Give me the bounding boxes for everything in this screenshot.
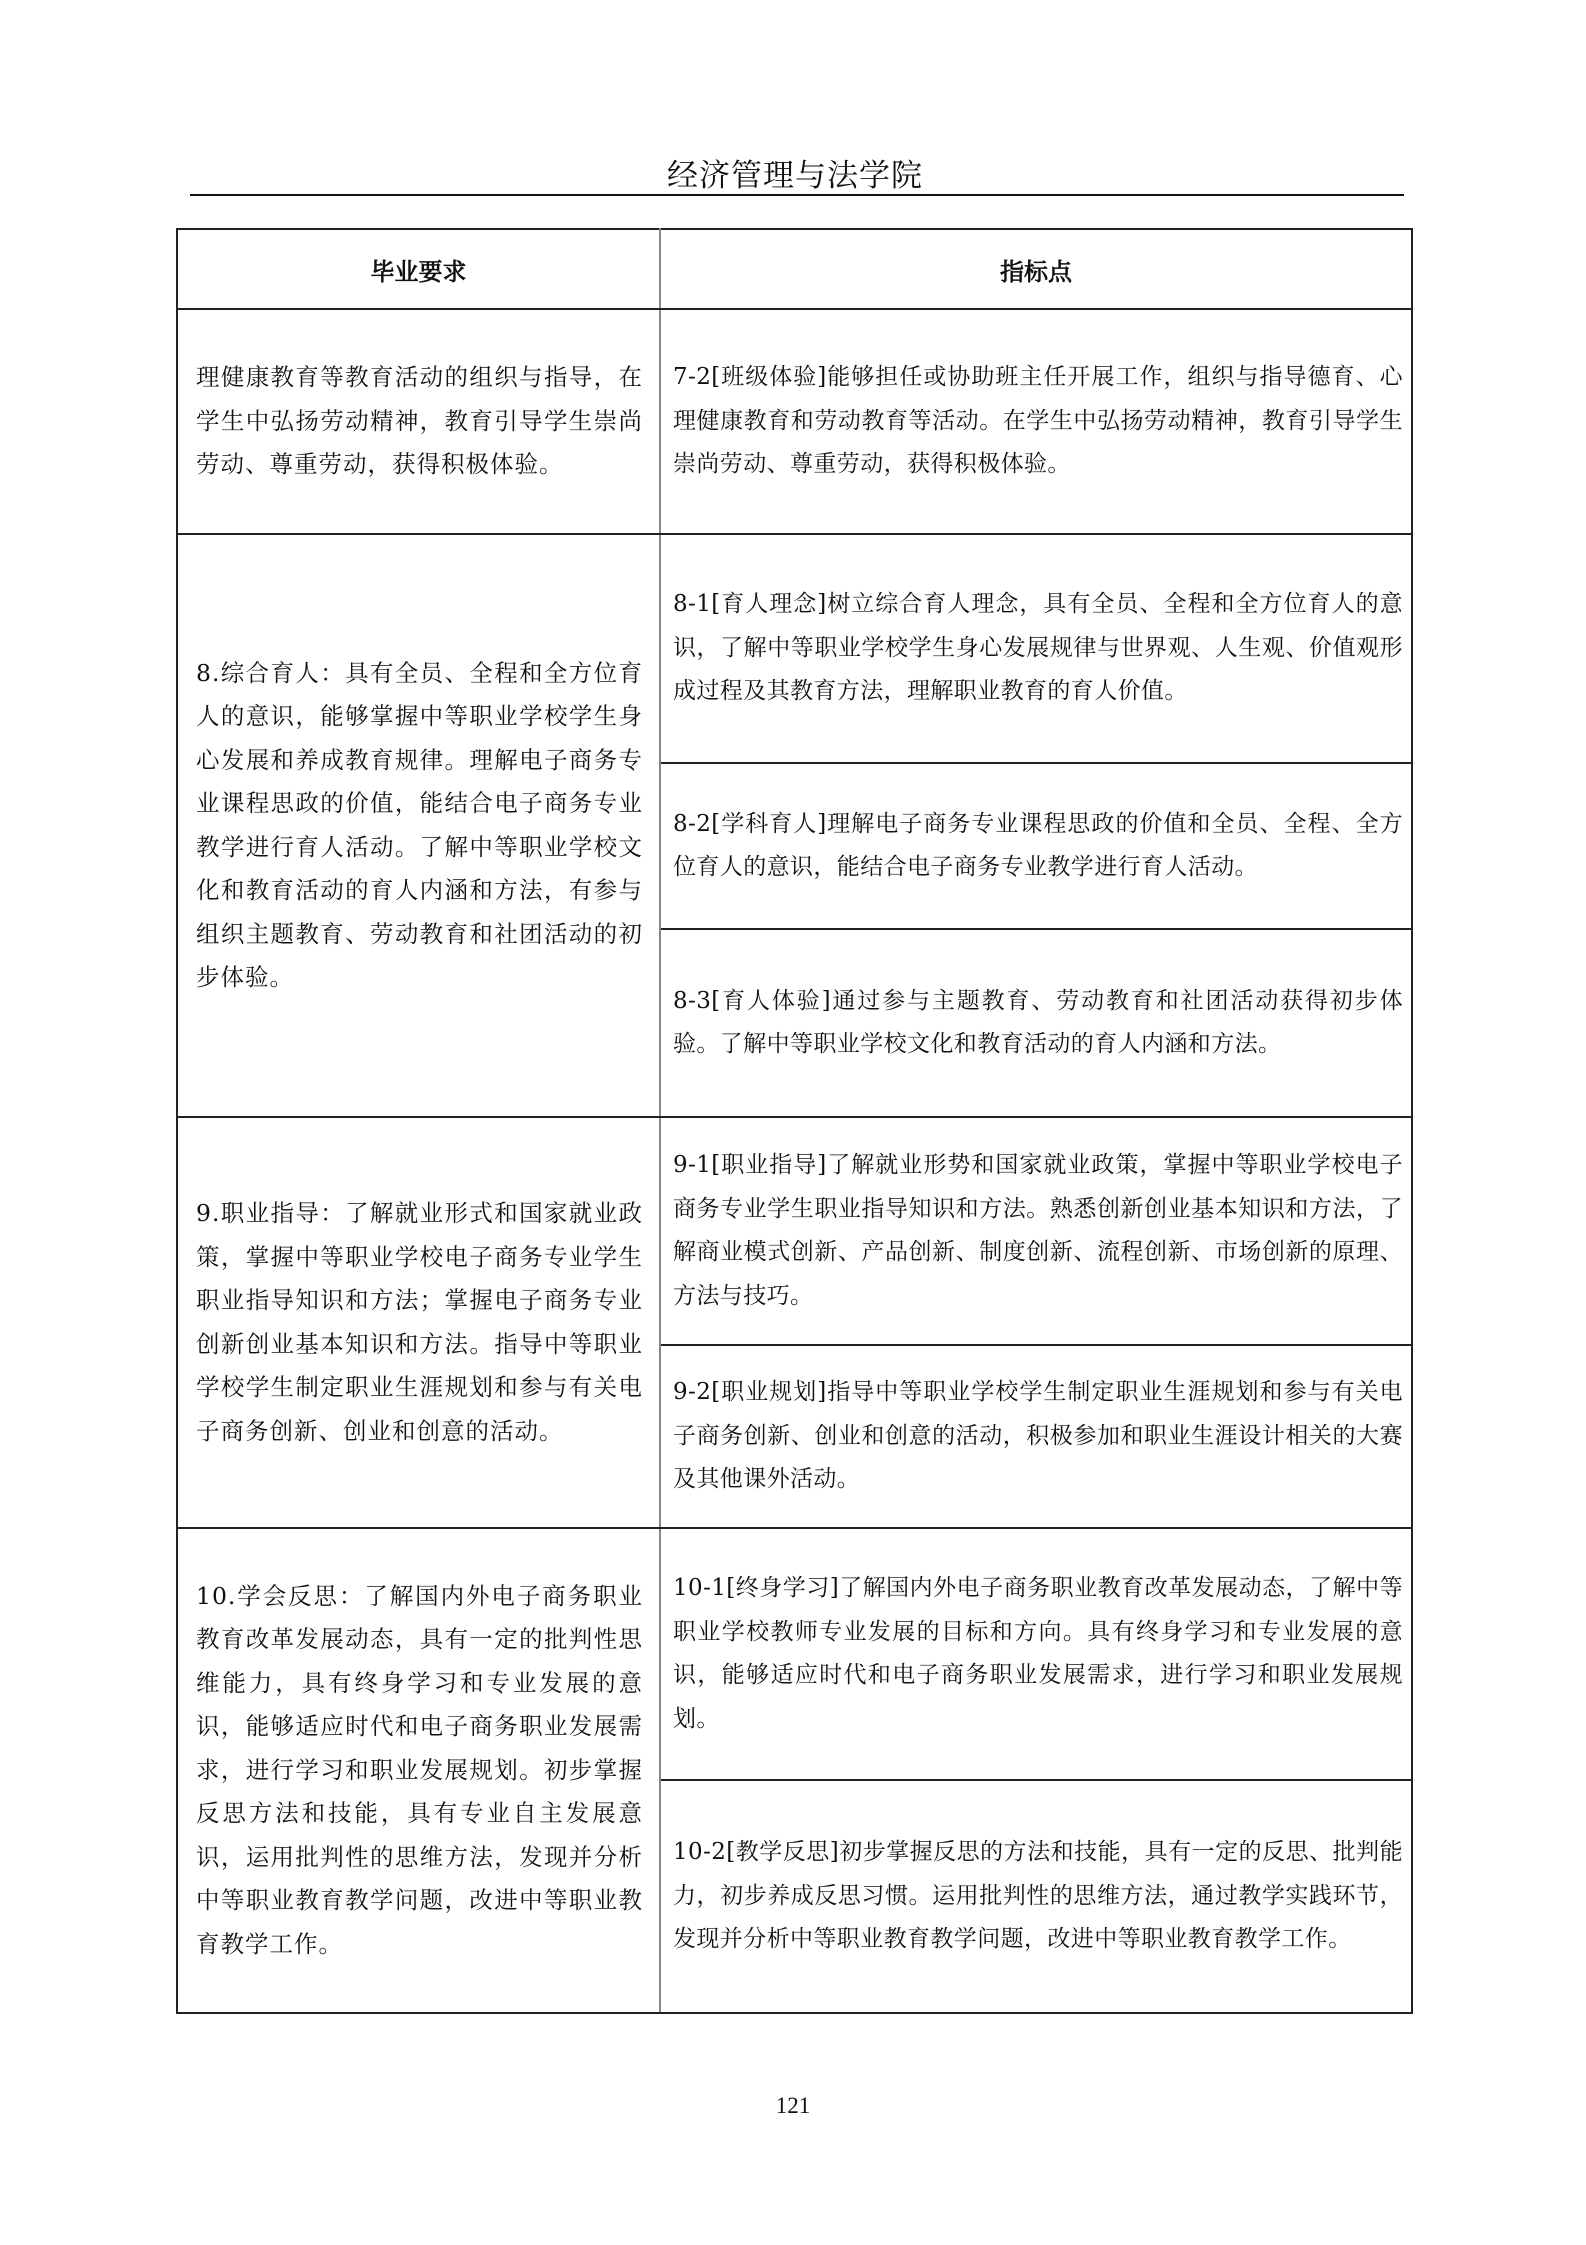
- indicator-cell-8-2: 8-2[学科育人]理解电子商务专业课程思政的价值和全员、全程、全方位育人的意识，…: [660, 763, 1412, 929]
- requirement-cell-9: 9.职业指导：了解就业形式和国家就业政策，掌握中等职业学校电子商务专业学生职业指…: [177, 1117, 660, 1528]
- table-row: 10.学会反思：了解国内外电子商务职业教育改革发展动态，具有一定的批判性思维能力…: [177, 1528, 1412, 1780]
- table-row: 9.职业指导：了解就业形式和国家就业政策，掌握中等职业学校电子商务专业学生职业指…: [177, 1117, 1412, 1345]
- indicator-cell-8-1: 8-1[育人理念]树立综合育人理念，具有全员、全程和全方位育人的意识，了解中等职…: [660, 534, 1412, 763]
- table-row: 8.综合育人：具有全员、全程和全方位育人的意识，能够掌握中等职业学校学生身心发展…: [177, 534, 1412, 763]
- page-header-title: 经济管理与法学院: [190, 150, 1400, 195]
- requirements-table: 毕业要求 指标点 理健康教育等教育活动的组织与指导，在学生中弘扬劳动精神，教育引…: [176, 228, 1413, 2014]
- indicator-cell-9-1: 9-1[职业指导]了解就业形势和国家就业政策，掌握中等职业学校电子商务专业学生职…: [660, 1117, 1412, 1345]
- requirement-cell-7: 理健康教育等教育活动的组织与指导，在学生中弘扬劳动精神，教育引导学生崇尚劳动、尊…: [177, 309, 660, 534]
- table-header-row: 毕业要求 指标点: [177, 229, 1412, 309]
- page-number: 121: [0, 2093, 1586, 2119]
- requirement-cell-10: 10.学会反思：了解国内外电子商务职业教育改革发展动态，具有一定的批判性思维能力…: [177, 1528, 660, 2013]
- indicator-cell-10-2: 10-2[教学反思]初步掌握反思的方法和技能，具有一定的反思、批判能力，初步养成…: [660, 1780, 1412, 2013]
- column-header-indicator: 指标点: [660, 229, 1412, 309]
- requirement-cell-8: 8.综合育人：具有全员、全程和全方位育人的意识，能够掌握中等职业学校学生身心发展…: [177, 534, 660, 1117]
- indicator-cell-9-2: 9-2[职业规划]指导中等职业学校学生制定职业生涯规划和参与有关电子商务创新、创…: [660, 1345, 1412, 1528]
- table-row: 理健康教育等教育活动的组织与指导，在学生中弘扬劳动精神，教育引导学生崇尚劳动、尊…: [177, 309, 1412, 534]
- indicator-cell-10-1: 10-1[终身学习]了解国内外电子商务职业教育改革发展动态，了解中等职业学校教师…: [660, 1528, 1412, 1780]
- header-divider: [190, 194, 1404, 196]
- column-header-requirement: 毕业要求: [177, 229, 660, 309]
- indicator-cell-7-2: 7-2[班级体验]能够担任或协助班主任开展工作，组织与指导德育、心理健康教育和劳…: [660, 309, 1412, 534]
- indicator-cell-8-3: 8-3[育人体验]通过参与主题教育、劳动教育和社团活动获得初步体验。了解中等职业…: [660, 929, 1412, 1117]
